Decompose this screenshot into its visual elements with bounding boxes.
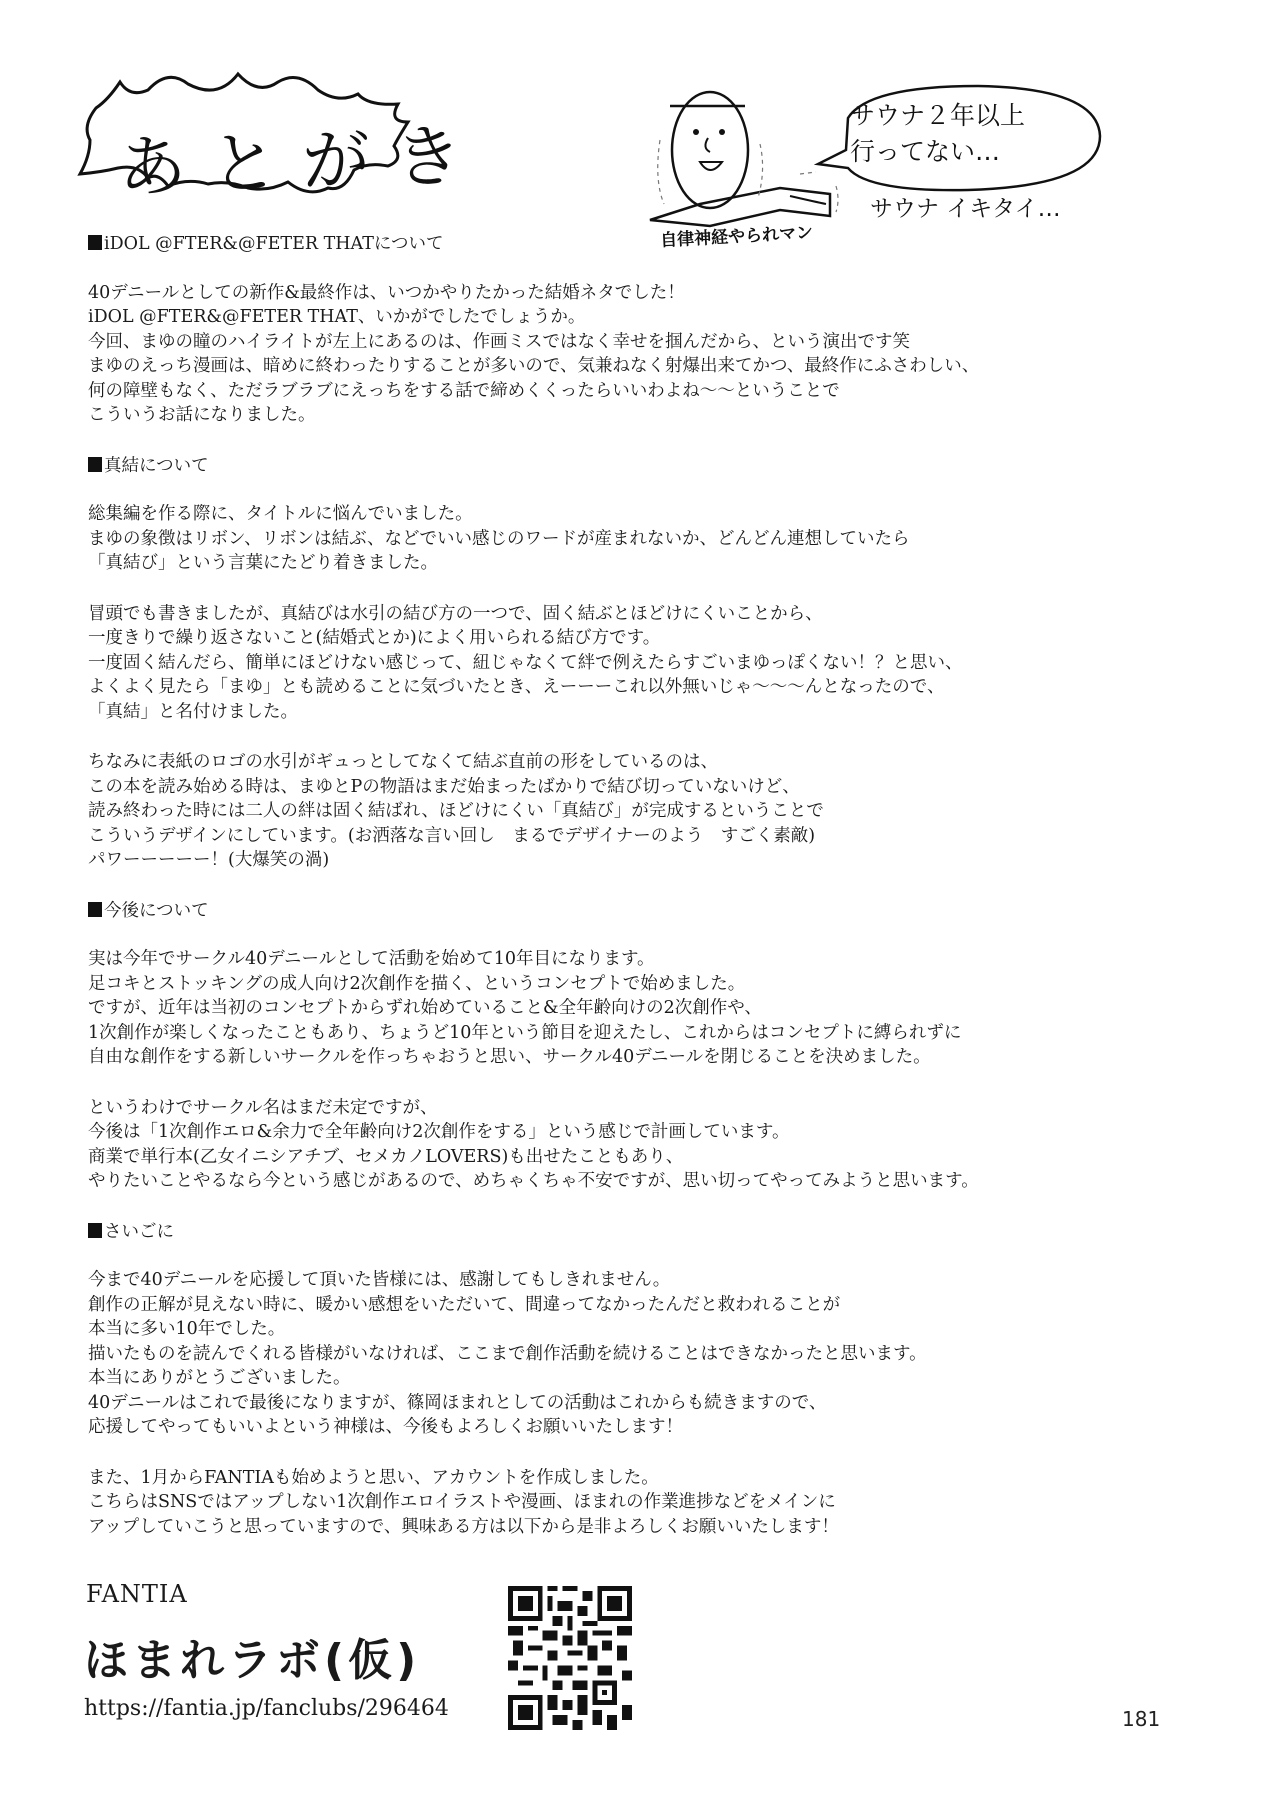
page-title: あとがき <box>116 102 487 212</box>
page-number: 181 <box>1122 1707 1160 1731</box>
paragraph: 冒頭でも書きましたが、真結びは水引の結び方の一つで、固く結ぶとほどけにくいことか… <box>88 602 1168 725</box>
section-heading: 今後について <box>88 899 1168 924</box>
paragraph: 今まで40デニールを応援して頂いた皆様には、感謝してもしきれません。 創作の正解… <box>88 1268 1168 1440</box>
section-heading: 真結について <box>88 454 1168 479</box>
paragraph: というわけでサークル名はまだ未定ですが、 今後は「1次創作エロ&余力で全年齢向け… <box>88 1096 1168 1194</box>
aside-text: サウナ イキタイ… <box>870 190 1061 223</box>
speech-line-2: 行ってない… <box>850 137 1000 166</box>
paragraph: ちなみに表紙のロゴの水引がギュっとしてなくて結ぶ直前の形をしているのは、 この本… <box>88 750 1168 873</box>
paragraph: 実は今年でサークル40デニールとして活動を始めて10年目になります。 足コキとス… <box>88 947 1168 1070</box>
title-burst: あとがき <box>68 60 488 210</box>
section-heading: さいごに <box>88 1220 1168 1245</box>
paragraph: 総集編を作る際に、タイトルに悩んでいました。 まゆの象徴はリボン、リボンは結ぶ、… <box>88 502 1168 576</box>
section-heading: iDOL @FTER&@FETER THATについて <box>88 232 1168 257</box>
platform-label: FANTIA <box>86 1580 188 1608</box>
paragraph: 40デニールとしての新作&最終作は、いつかやりたかった結婚ネタでした！ iDOL… <box>88 281 1168 428</box>
afterword-body: iDOL @FTER&@FETER THATについて 40デニールとしての新作&… <box>88 232 1168 1539</box>
fanclub-name: ほまれラボ(仮) <box>84 1624 420 1688</box>
qr-code-icon[interactable] <box>508 1586 632 1730</box>
speech-line-1: サウナ２年以上 <box>850 101 1025 130</box>
speech-bubble-text: サウナ２年以上 行ってない… <box>850 98 1025 170</box>
fanclub-url[interactable]: https://fantia.jp/fanclubs/296464 <box>84 1696 449 1721</box>
paragraph: また、1月からFANTIAも始めようと思い、アカウントを作成しました。 こちらは… <box>88 1466 1168 1540</box>
